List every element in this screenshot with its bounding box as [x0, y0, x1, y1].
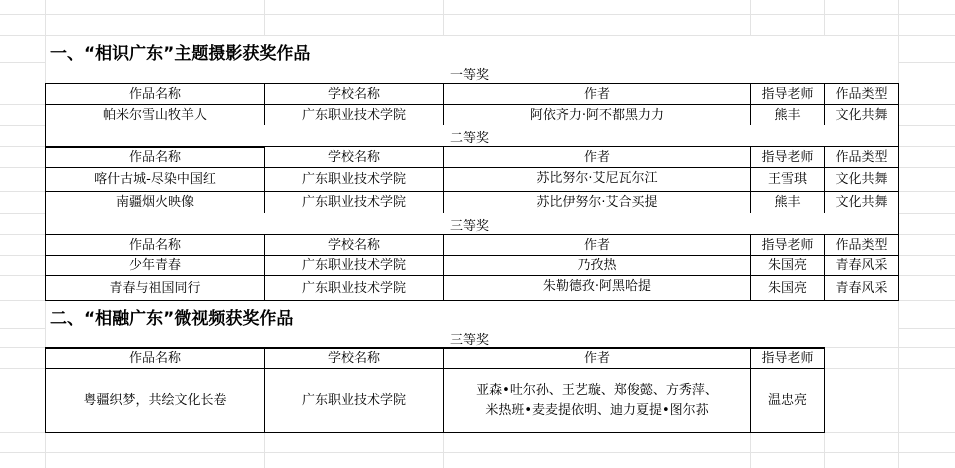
header-type: 作品类型	[824, 83, 899, 105]
header-type: 作品类型	[824, 146, 899, 168]
cell-school[interactable]: 广东职业技术学院	[264, 191, 444, 214]
header-author: 作者	[443, 83, 751, 105]
cell-work[interactable]: 喀什古城-尽染中国红	[45, 167, 265, 192]
award-row: 二等奖	[45, 125, 899, 147]
cell-author[interactable]: 朱勒德孜·阿黑哈提	[443, 275, 751, 301]
cell-author[interactable]: 苏比伊努尔·艾合买提	[443, 191, 751, 214]
cell-teacher[interactable]: 熊丰	[750, 104, 825, 126]
cell-teacher[interactable]: 王雪琪	[750, 167, 825, 192]
header-author: 作者	[443, 347, 751, 369]
cell-author[interactable]: 亚森•吐尔孙、王艺璇、郑俊懿、方秀萍、 米热班•麦麦提依明、迪力夏提•图尔荪	[443, 368, 751, 433]
award-label: 一等奖	[450, 64, 489, 83]
header-teacher: 指导老师	[750, 234, 825, 256]
header-teacher: 指导老师	[750, 83, 825, 105]
header-school-name: 学校名称	[264, 83, 444, 105]
cell-teacher[interactable]: 朱国亮	[750, 255, 825, 276]
cell-teacher[interactable]: 温忠亮	[750, 368, 825, 433]
cell-work[interactable]: 南疆烟火映像	[45, 191, 265, 214]
cell-type[interactable]: 文化共舞	[824, 104, 899, 126]
header-teacher: 指导老师	[750, 146, 825, 168]
header-school-name: 学校名称	[264, 146, 444, 168]
cell-teacher[interactable]: 朱国亮	[750, 275, 825, 301]
cell-type[interactable]: 青春风采	[824, 255, 899, 276]
header-author: 作者	[443, 234, 751, 256]
header-work-name: 作品名称	[45, 234, 265, 256]
cell-author[interactable]: 阿依齐力·阿不都黑力力	[443, 104, 751, 126]
cell-type[interactable]: 文化共舞	[824, 191, 899, 214]
header-type: 作品类型	[824, 234, 899, 256]
header-work-name: 作品名称	[45, 347, 265, 369]
award-label: 二等奖	[450, 127, 489, 146]
award-row: 三等奖	[45, 213, 899, 235]
author-line: 亚森•吐尔孙、王艺璇、郑俊懿、方秀萍、	[476, 381, 718, 401]
cell-school[interactable]: 广东职业技术学院	[264, 104, 444, 126]
section-title: 一、“相识广东”主题摄影获奖作品	[50, 39, 310, 64]
cell-type[interactable]: 文化共舞	[824, 167, 899, 192]
award-label: 三等奖	[450, 215, 489, 234]
header-teacher: 指导老师	[750, 347, 825, 369]
grid-line	[0, 14, 955, 15]
cell-type[interactable]: 青春风采	[824, 275, 899, 301]
header-work-name: 作品名称	[45, 83, 265, 105]
section-title: 二、“相融广东”微视频获奖作品	[50, 304, 293, 329]
cell-school[interactable]: 广东职业技术学院	[264, 255, 444, 276]
cell-school[interactable]: 广东职业技术学院	[264, 275, 444, 301]
cell-work[interactable]: 少年青春	[45, 255, 265, 276]
cell-school[interactable]: 广东职业技术学院	[264, 167, 444, 192]
header-author: 作者	[443, 146, 751, 168]
header-work-name: 作品名称	[45, 146, 265, 168]
header-school-name: 学校名称	[264, 347, 444, 369]
author-line: 米热班•麦麦提依明、迪力夏提•图尔荪	[485, 401, 708, 421]
award-label: 三等奖	[450, 329, 489, 348]
cell-work[interactable]: 帕米尔雪山牧羊人	[45, 104, 265, 126]
cell-work[interactable]: 粤疆织梦，共绘文化长卷	[45, 368, 265, 433]
header-school-name: 学校名称	[264, 234, 444, 256]
cell-work[interactable]: 青春与祖国同行	[45, 275, 265, 301]
grid-line	[0, 452, 955, 453]
cell-teacher[interactable]: 熊丰	[750, 191, 825, 214]
cell-author[interactable]: 乃孜热	[443, 255, 751, 276]
cell-school[interactable]: 广东职业技术学院	[264, 368, 444, 433]
cell-author[interactable]: 苏比努尔·艾尼瓦尔江	[443, 167, 751, 192]
